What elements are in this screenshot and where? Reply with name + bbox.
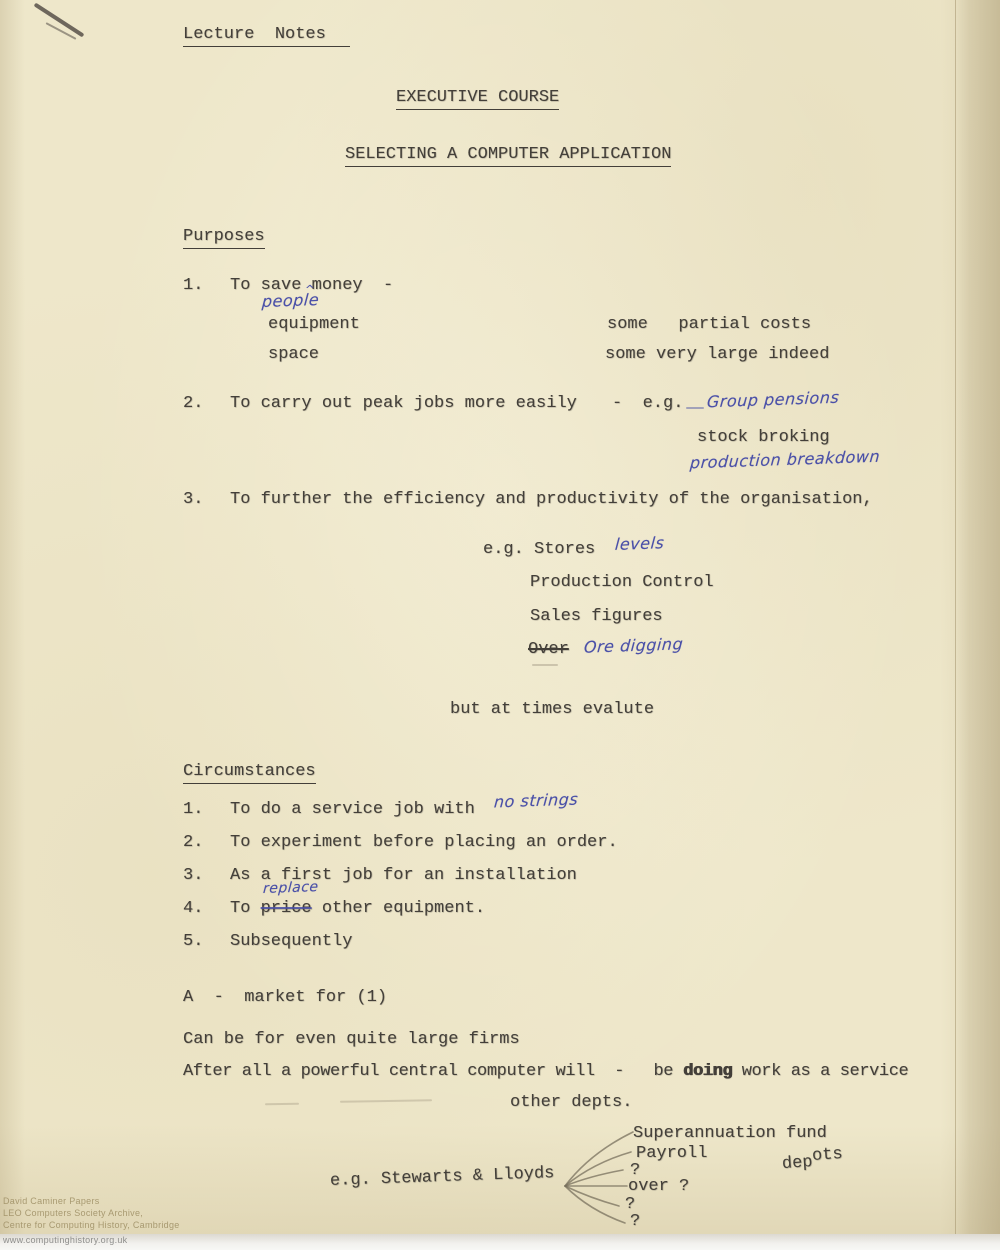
list-item-number: 1. [183, 800, 203, 820]
list-item-text: To carry out peak jobs more easily [230, 394, 577, 414]
list-item-number: 1. [183, 276, 203, 296]
market-line: A - market for (1) [183, 988, 387, 1008]
sub-item-note: some partial costs [607, 315, 811, 335]
handwritten-annotation: Ore digging [583, 634, 684, 657]
scanned-document-page: Lecture Notes EXECUTIVE COURSE SELECTING… [0, 0, 1000, 1250]
list-item-number: 5. [183, 932, 203, 952]
watermark-url: www.computinghistory.org.uk [3, 1235, 127, 1245]
market-line: After all a powerful central computer wi… [183, 1062, 908, 1082]
diagram-branch: ? [630, 1212, 640, 1232]
struck-word: Over [528, 640, 569, 659]
list-item-text: To experiment before placing an order. [230, 833, 618, 853]
paper-right-edge-shadow [955, 0, 1000, 1250]
diagram-branch: over ? [628, 1177, 689, 1197]
note-line: but at times evalute [450, 700, 654, 720]
list-item-text: To do a service job with [230, 800, 475, 820]
purposes-heading: Purposes [183, 227, 265, 249]
fold-mark [34, 3, 85, 38]
handwritten-annotation: no strings [493, 790, 579, 812]
watermark-line: Centre for Computing History, Cambridge [3, 1220, 180, 1230]
watermark-line: LEO Computers Society Archive, [3, 1208, 143, 1218]
diagram-label: e.g. Stewarts & Lloyds [330, 1164, 555, 1192]
sub-item-label: space [268, 345, 319, 365]
handwritten-annotation: levels [614, 533, 665, 554]
market-line: other depts. [510, 1093, 632, 1113]
list-item-number: 3. [183, 490, 203, 510]
page-header: Lecture Notes [183, 25, 350, 47]
watermark-line: David Caminer Papers [3, 1196, 100, 1206]
diagram-branch: Payroll [636, 1144, 707, 1164]
list-item-number: 2. [183, 394, 203, 414]
pencil-mark [340, 1099, 432, 1102]
eg-list-line: Sales figures [530, 607, 663, 627]
eg-list-line: e.g. Stores [483, 540, 595, 560]
struck-word: price [261, 899, 312, 918]
eg-label: - e.g. [612, 394, 683, 414]
list-item-text: To further the efficiency and productivi… [230, 490, 873, 510]
sub-item-label: stock broking [697, 428, 830, 448]
list-item-number: 2. [183, 833, 203, 853]
sub-item-note: some very large indeed [605, 345, 829, 365]
list-item-text: Subsequently [230, 932, 352, 952]
sub-item-label: equipment [268, 315, 360, 335]
page-subtitle: SELECTING A COMPUTER APPLICATION [345, 145, 671, 167]
pencil-mark [265, 1103, 299, 1105]
market-line: Can be for even quite large firms [183, 1030, 520, 1050]
handwritten-annotation: replace [262, 879, 319, 897]
pencil-mark [532, 664, 558, 666]
circumstances-heading: Circumstances [183, 762, 316, 784]
scanner-edge-strip [0, 1234, 1000, 1250]
page-title: EXECUTIVE COURSE [396, 88, 559, 110]
overstruck-word: doing [683, 1062, 732, 1081]
handwritten-annotation: Group pensions [706, 388, 840, 412]
handwritten-annotation: production breakdown [689, 447, 880, 473]
handwritten-dash [686, 407, 704, 409]
list-item-text: To price other equipment. [230, 899, 485, 919]
eg-list-line: Production Control [530, 573, 714, 593]
list-item-number: 4. [183, 899, 203, 919]
diagram-side-note: depots [781, 1151, 843, 1175]
handwritten-annotation: people [261, 290, 320, 311]
diagram-branch: Superannuation fund [633, 1124, 827, 1144]
list-item-number: 3. [183, 866, 203, 886]
